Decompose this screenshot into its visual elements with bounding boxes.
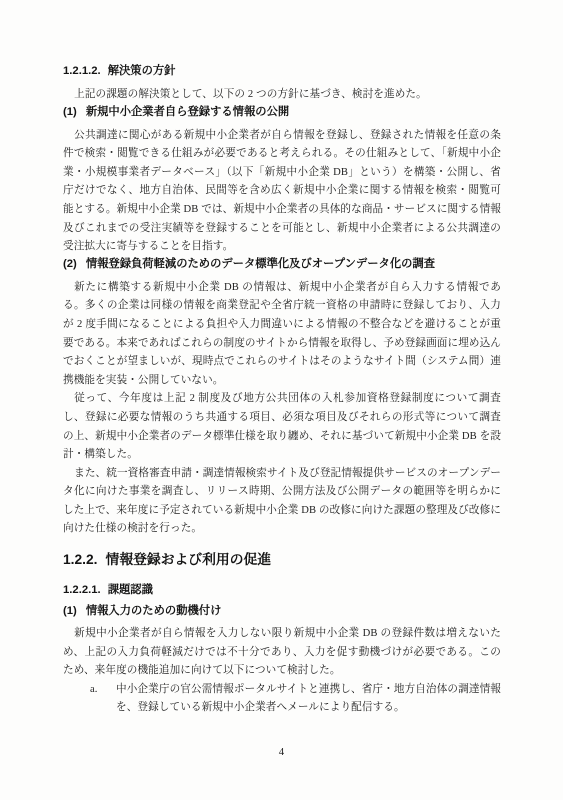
document-page: 1.2.1.2. 解決策の方針 上記の課題の解決策として、以下の 2 つの方針に… (0, 0, 563, 800)
list-item-a: a. 中小企業庁の官公需情報ポータルサイトと連携し、省庁・地方自治体の調達情報を… (63, 681, 501, 718)
heading-promotion: 1.2.2. 情報登録および利用の促進 (63, 551, 501, 568)
heading-item2: (2) 情報登録負荷軽減のためのデータ標準化及びオープンデータ化の調査 (63, 257, 501, 271)
paragraph-motivation-body: 新規中小企業者が自ら情報を入力しない限り新規中小企業 DB の登録件数は増えない… (63, 625, 501, 681)
page-number: 4 (0, 746, 563, 758)
heading-number: 1.2.2. (63, 551, 98, 568)
paragraph-item2-body2: 従って、今年度は上記 2 制度及び地方公共団体の入札参加資格登録制度について調査… (63, 390, 501, 464)
heading-number: (1) (63, 105, 77, 119)
heading-number: (1) (63, 604, 77, 618)
heading-number: (2) (63, 257, 77, 271)
heading-title: 新規中小企業者自ら登録する情報の公開 (86, 105, 289, 119)
paragraph-item1-body: 公共調達に関心がある新規中小企業者が自ら情報を登録し、登録された情報を任意の条件… (63, 127, 501, 257)
heading-title: 課題認識 (108, 583, 153, 597)
list-item-text: 中小企業庁の官公需情報ポータルサイトと連携し、省庁・地方自治体の調達情報を、登録… (116, 681, 501, 718)
heading-title: 解決策の方針 (108, 64, 176, 78)
page-content: 1.2.1.2. 解決策の方針 上記の課題の解決策として、以下の 2 つの方針に… (0, 0, 563, 718)
heading-number: 1.2.2.1. (63, 583, 101, 597)
paragraph-solution-intro: 上記の課題の解決策として、以下の 2 つの方針に基づき、検討を進めた。 (63, 86, 501, 105)
heading-solution-policy: 1.2.1.2. 解決策の方針 (63, 64, 501, 78)
heading-recognition: 1.2.2.1. 課題認識 (63, 583, 501, 597)
heading-motivation: (1) 情報入力のための動機付け (63, 604, 501, 618)
heading-item1: (1) 新規中小企業者自ら登録する情報の公開 (63, 105, 501, 119)
heading-title: 情報登録および利用の促進 (106, 551, 272, 568)
paragraph-item2-body1: 新たに構築する新規中小企業 DB の情報は、新規中小企業者が自ら入力する情報であ… (63, 279, 501, 391)
paragraph-item2-body3: また、統一資格審査申請・調達情報検索サイト及び登記情報提供サービスのオープンデー… (63, 465, 501, 539)
heading-title: 情報登録負荷軽減のためのデータ標準化及びオープンデータ化の調査 (86, 257, 435, 271)
heading-number: 1.2.1.2. (63, 64, 101, 78)
heading-title: 情報入力のための動機付け (86, 604, 222, 618)
list-item-label: a. (90, 681, 116, 718)
